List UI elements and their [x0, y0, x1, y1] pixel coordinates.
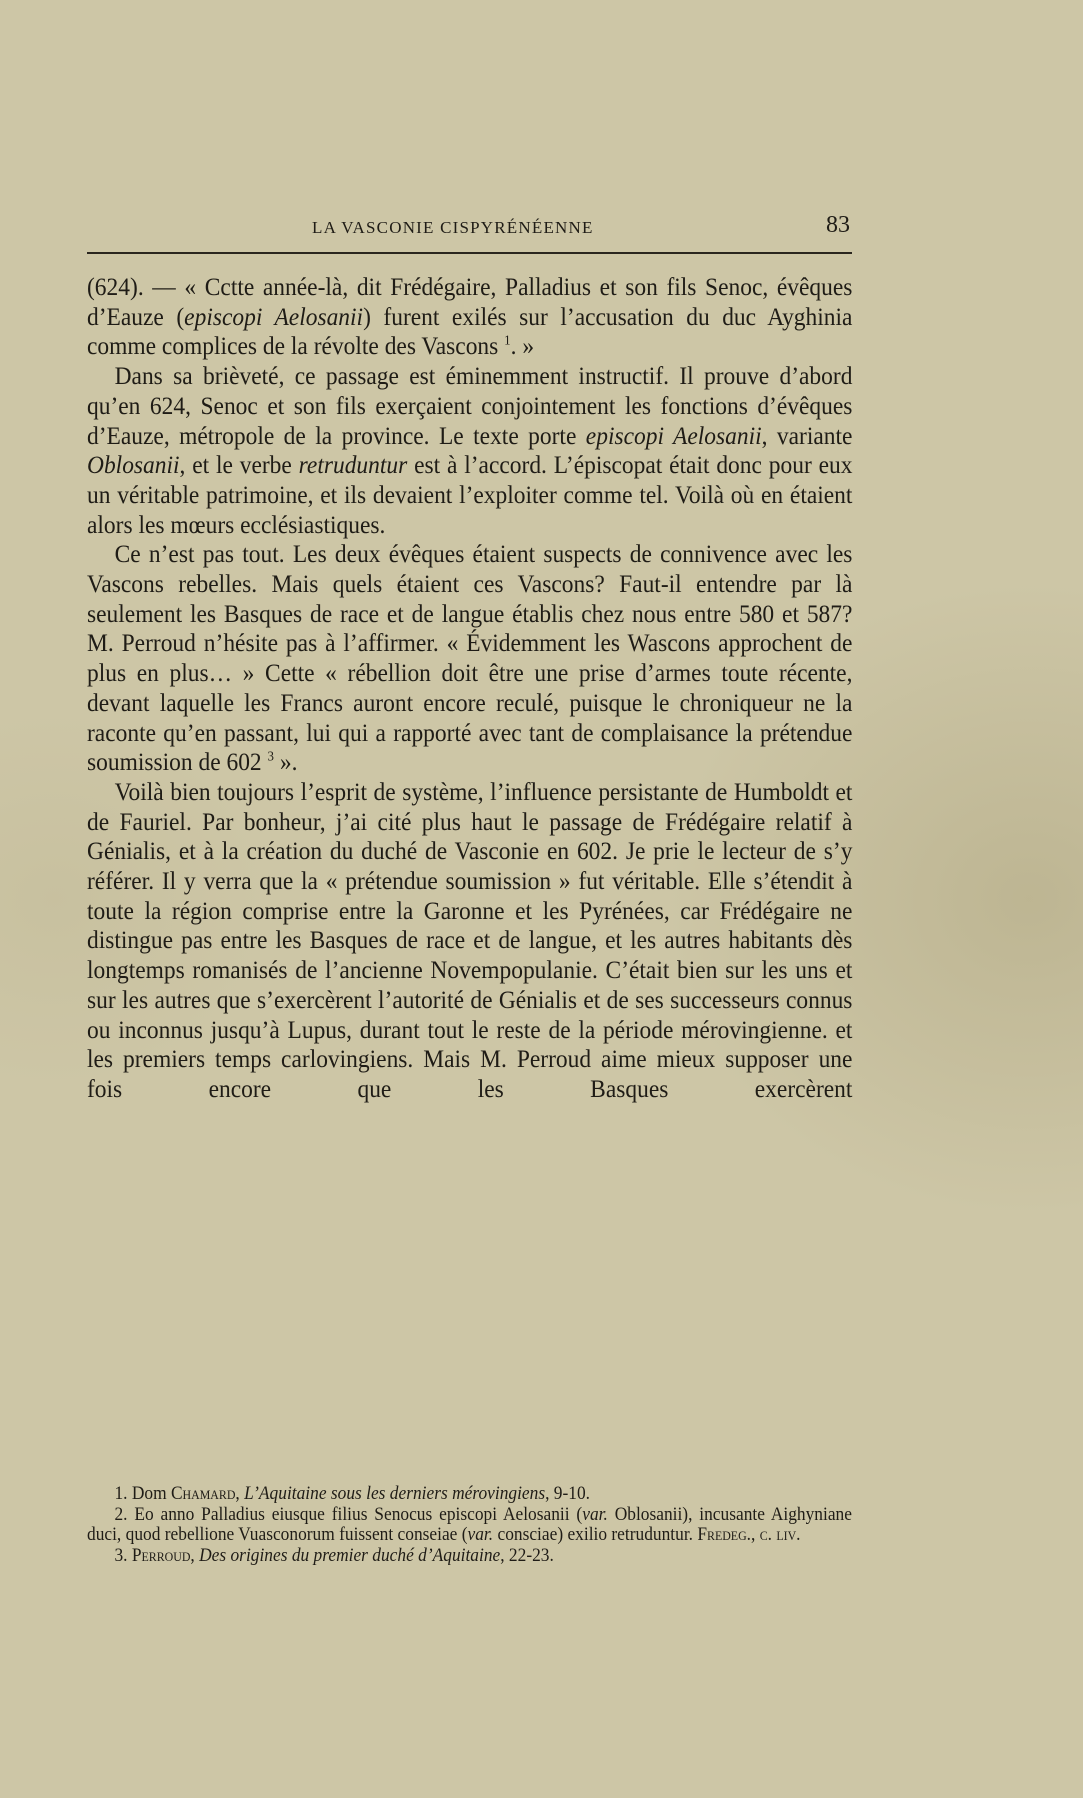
text-run: Voilà bien toujours l’esprit de système,… [87, 777, 852, 1103]
text-run: , et le verbe [180, 450, 299, 479]
smallcaps-text: Chamard [171, 1483, 235, 1504]
text-run: , 22-23. [500, 1545, 554, 1566]
footnote: 1. Dom Chamard, L’Aquitaine sous les der… [87, 1484, 852, 1505]
paragraph: Dans sa brièveté, ce passage est éminemm… [87, 361, 852, 539]
text-run: , 9-10. [545, 1483, 590, 1504]
paragraph: (624). — « Cctte année-là, dit Frédégair… [87, 272, 852, 361]
text-run: 3. [114, 1545, 131, 1566]
footnote: 2. Eo anno Palladius eiusque filius Seno… [87, 1505, 852, 1546]
italic-text: var. [468, 1524, 494, 1545]
smallcaps-text: c. liv. [760, 1524, 801, 1545]
text-run: 1. Dom [114, 1483, 171, 1504]
text-run: ». [274, 747, 297, 776]
italic-text: episcopi Aelosanii [586, 421, 762, 450]
italic-text: var. [582, 1504, 608, 1525]
text-run: 2. Eo anno Palladius eiusque filius Seno… [114, 1504, 582, 1525]
header-rule [87, 252, 852, 254]
body-text: (624). — « Cctte année-là, dit Frédégair… [87, 272, 852, 1104]
text-run: , [235, 1483, 244, 1504]
footnote: 3. Perroud, Des origines du premier duch… [87, 1546, 852, 1567]
text-run: . » [511, 331, 534, 360]
text-run: , variante [762, 421, 853, 450]
running-title: La Vasconie cispyrénéenne [312, 218, 594, 238]
running-head: La Vasconie cispyrénéenne 83 [87, 212, 852, 242]
italic-text: Oblosanii [87, 450, 180, 479]
smallcaps-text: Fredeg. [697, 1524, 751, 1545]
italic-text: retruduntur [299, 450, 408, 479]
text-run: consciae) exilio retruduntur. [493, 1524, 697, 1545]
footnotes: 1. Dom Chamard, L’Aquitaine sous les der… [87, 1484, 852, 1566]
text-run: Ce n’est pas tout. Les deux évêques étai… [87, 539, 852, 776]
page-number: 83 [826, 212, 850, 239]
paragraph: Ce n’est pas tout. Les deux évêques étai… [87, 539, 852, 777]
paragraph: Voilà bien toujours l’esprit de système,… [87, 777, 852, 1104]
text-run: , [190, 1545, 199, 1566]
italic-text: episcopi Aelosanii [184, 302, 363, 331]
text-run: , [751, 1524, 760, 1545]
smallcaps-text: Perroud [132, 1545, 191, 1566]
italic-text: Des origines du premier duché d’Aquitain… [199, 1545, 500, 1566]
italic-text: L’Aquitaine sous les derniers mérovingie… [244, 1483, 545, 1504]
